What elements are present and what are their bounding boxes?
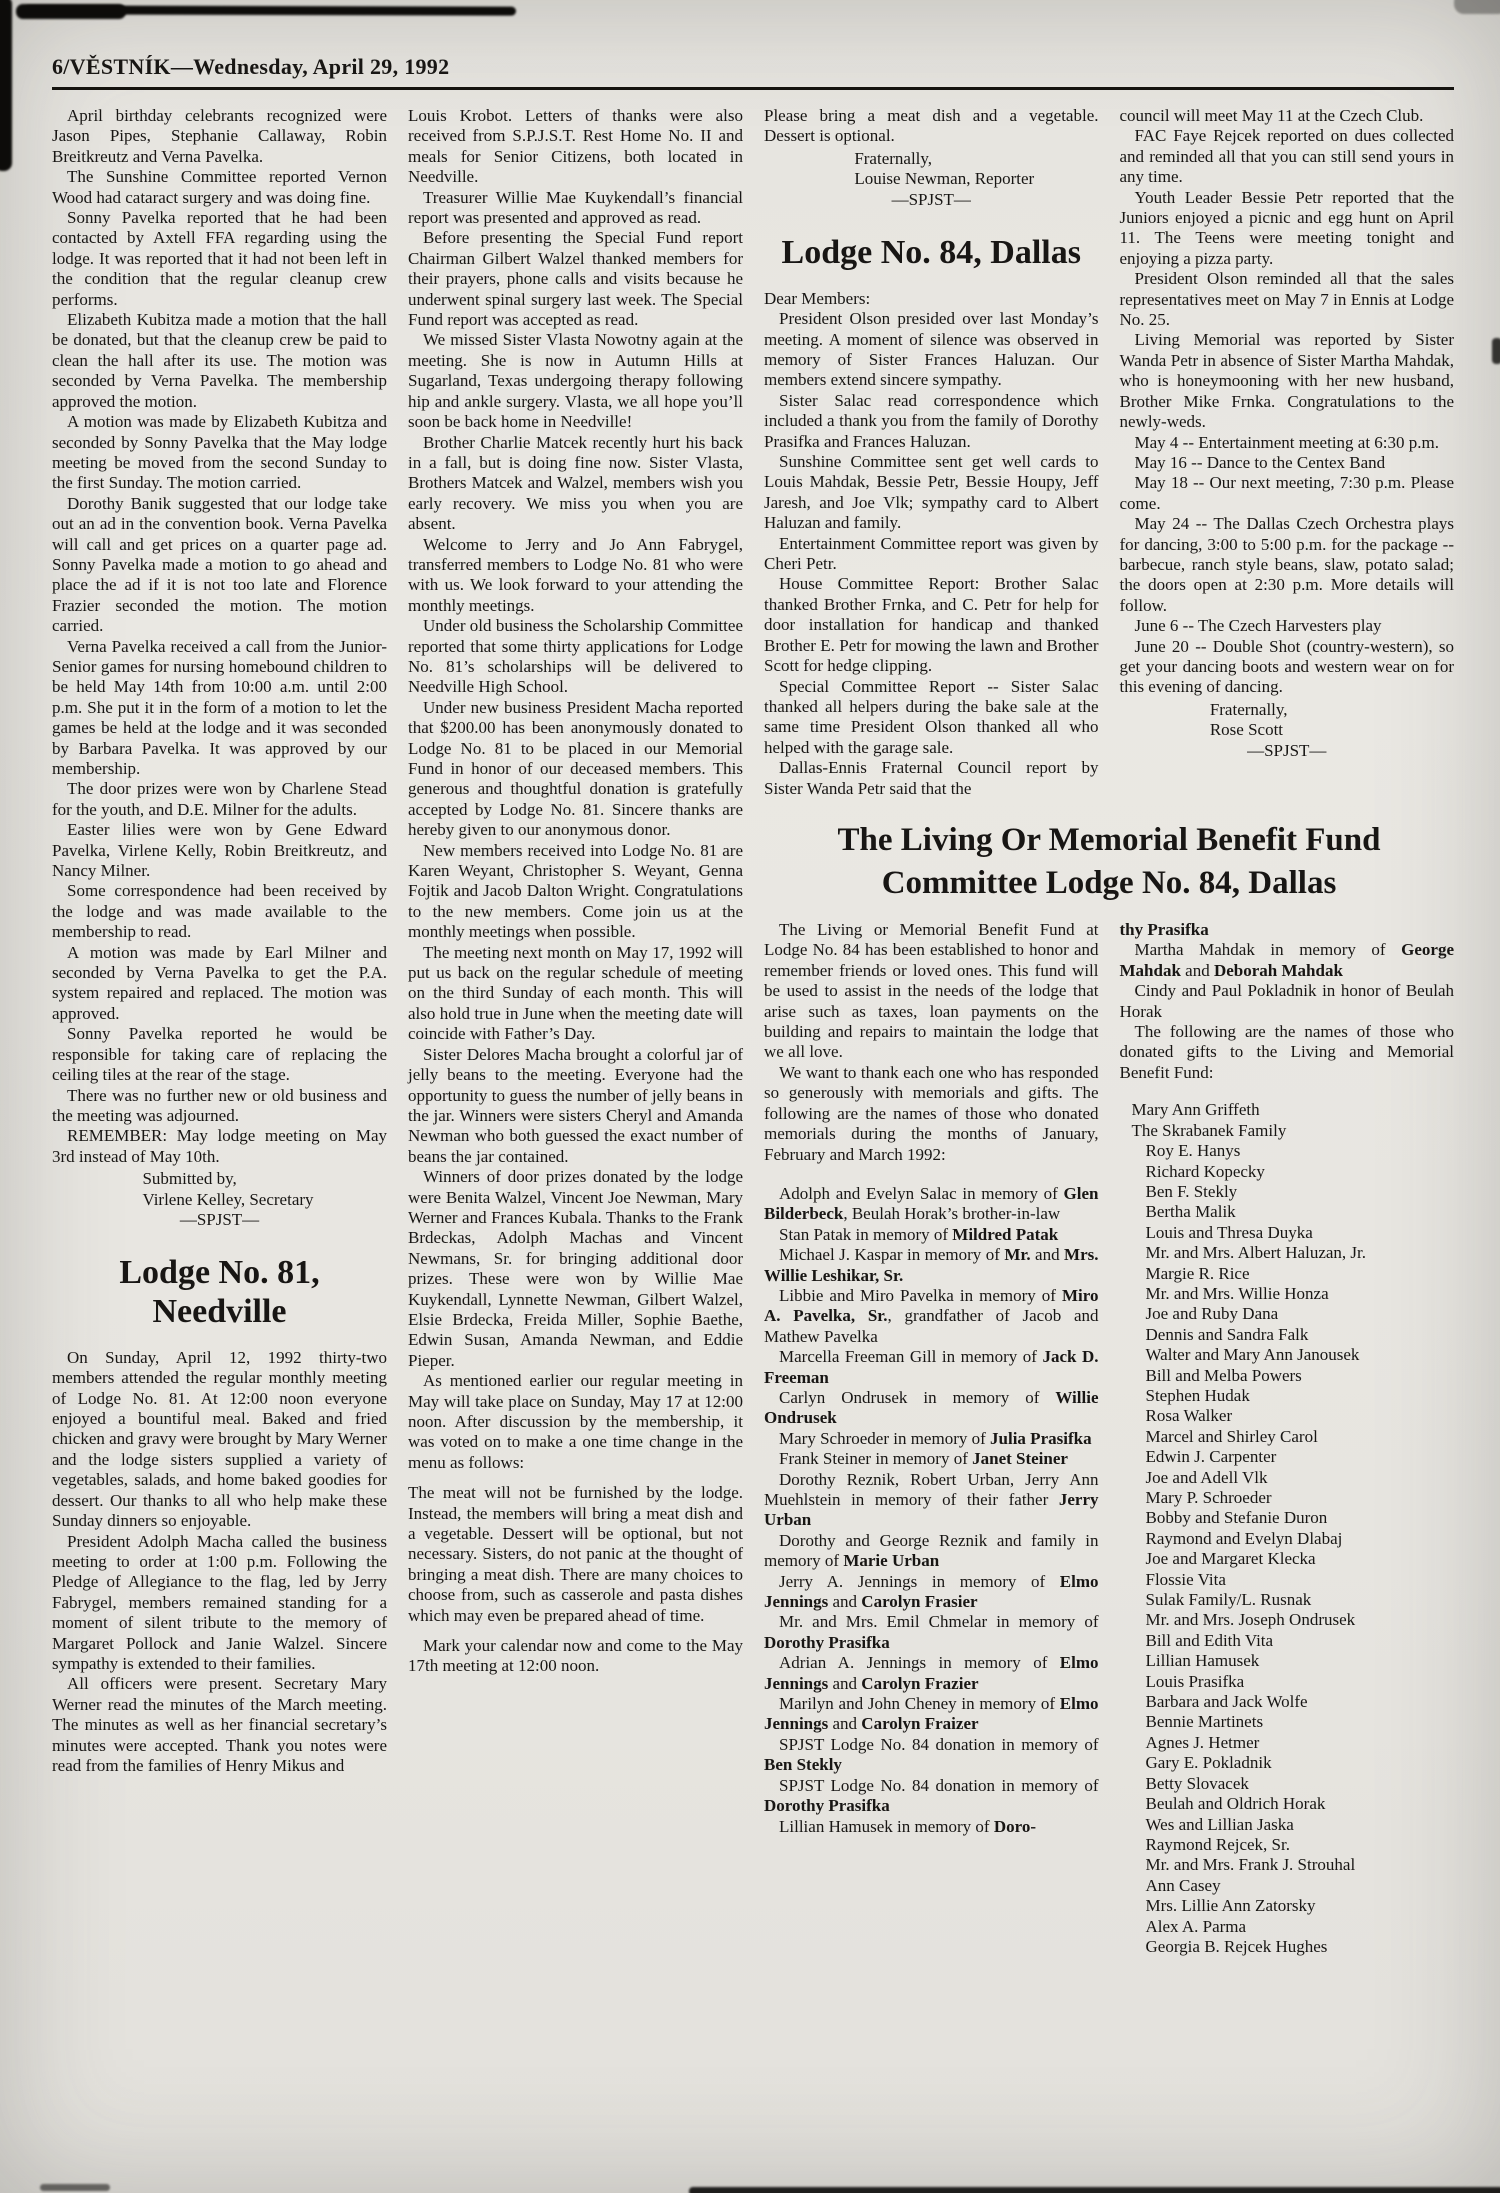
gift-donor-name: Georgia B. Rejcek Hughes: [1120, 1937, 1455, 1957]
memorial-donation-entry: Marilyn and John Cheney in memory of Elm…: [764, 1694, 1099, 1735]
gift-donor-name: Roy E. Hanys: [1120, 1141, 1455, 1161]
memorial-donation-entry: Jerry A. Jennings in memory of Elmo Jenn…: [764, 1572, 1099, 1613]
gift-donor-name: Agnes J. Hetmer: [1120, 1733, 1455, 1753]
gift-donor-name: Beulah and Oldrich Horak: [1120, 1794, 1455, 1814]
gift-donor-name: Joe and Ruby Dana: [1120, 1304, 1455, 1324]
page-content: 6/VĚSTNÍK—Wednesday, April 29, 1992 Apri…: [0, 0, 1500, 1957]
signoff-lodge84: Fraternally, Rose Scott —SPJST—: [1120, 700, 1455, 761]
gift-donor-name: Alex A. Parma: [1120, 1917, 1455, 1937]
paragraph: May 24 -- The Dallas Czech Orchestra pla…: [1120, 514, 1455, 616]
lodge84-headline: Lodge No. 84, Dallas: [770, 234, 1093, 273]
paragraph: REMEMBER: May lodge meeting on May 3rd i…: [52, 1126, 387, 1167]
lodge81-headline: Lodge No. 81, Needville: [58, 1254, 381, 1332]
paragraph: Brother Charlie Matcek recently hurt his…: [408, 433, 743, 535]
gift-donor-name: Richard Kopecky: [1120, 1162, 1455, 1182]
signoff-line: Fraternally,: [1120, 700, 1455, 720]
paragraph: President Olson reminded all that the sa…: [1120, 269, 1455, 330]
gift-donor-name: Mr. and Mrs. Joseph Ondrusek: [1120, 1610, 1455, 1630]
paragraph: Sonny Pavelka reported that he had been …: [52, 208, 387, 310]
gift-donor-name: The Skrabanek Family: [1120, 1121, 1455, 1141]
paragraph: The meat will not be furnished by the lo…: [408, 1483, 743, 1626]
benefit-fund-body: The Living or Memorial Benefit Fund at L…: [764, 920, 1454, 1957]
memorial-donation-entry: SPJST Lodge No. 84 donation in memory of…: [764, 1735, 1099, 1776]
memorial-donation-entry: Adrian A. Jennings in memory of Elmo Jen…: [764, 1653, 1099, 1694]
gift-donor-name: Rosa Walker: [1120, 1406, 1455, 1426]
signoff-line: Fraternally,: [764, 149, 1099, 169]
paragraph: Sister Delores Macha brought a colorful …: [408, 1045, 743, 1167]
memorial-donation-entry: Libbie and Miro Pavelka in memory of Mir…: [764, 1286, 1099, 1347]
paragraph: Welcome to Jerry and Jo Ann Fabrygel, tr…: [408, 535, 743, 617]
paragraph: A motion was made by Elizabeth Kubitza a…: [52, 412, 387, 494]
paragraph: As mentioned earlier our regular meeting…: [408, 1371, 743, 1473]
lodge81-report: On Sunday, April 12, 1992 thirty-two mem…: [52, 1348, 387, 1777]
gift-donor-name: Margie R. Rice: [1120, 1264, 1455, 1284]
memorial-donation-entry: Lillian Hamusek in memory of Doro-: [764, 1817, 1099, 1837]
gift-donor-name: Barbara and Jack Wolfe: [1120, 1692, 1455, 1712]
paragraph: The Living or Memorial Benefit Fund at L…: [764, 920, 1099, 1063]
benefit-fund-headline-line2: Committee Lodge No. 84, Dallas: [882, 865, 1337, 901]
gift-donor-name: Gary E. Pokladnik: [1120, 1753, 1455, 1773]
memorial-donation-entry: SPJST Lodge No. 84 donation in memory of…: [764, 1776, 1099, 1817]
paragraph: Louis Krobot. Letters of thanks were als…: [408, 106, 743, 188]
paragraph: All officers were present. Secretary Mar…: [52, 1674, 387, 1776]
paragraph: We want to thank each one who has respon…: [764, 1063, 1099, 1165]
scan-artifact-bottom-strip: [689, 2187, 1500, 2193]
paragraph: A motion was made by Earl Milner and sec…: [52, 943, 387, 1025]
paragraph: There was no further new or old business…: [52, 1086, 387, 1127]
newspaper-page: 6/VĚSTNÍK—Wednesday, April 29, 1992 Apri…: [0, 0, 1500, 2193]
memorial-donation-entry: Mary Schroeder in memory of Julia Prasif…: [764, 1429, 1099, 1449]
paragraph: Under old business the Scholarship Commi…: [408, 616, 743, 698]
gift-donor-name: Mr. and Mrs. Willie Honza: [1120, 1284, 1455, 1304]
paragraph: Mark your calendar now and come to the M…: [408, 1636, 743, 1677]
spjst-divider: —SPJST—: [1120, 741, 1455, 761]
paragraph: Before presenting the Special Fund repor…: [408, 228, 743, 330]
paragraph: Treasurer Willie Mae Kuykendall’s financ…: [408, 188, 743, 229]
benefit-fund-left-column: The Living or Memorial Benefit Fund at L…: [764, 920, 1099, 1837]
paragraph: council will meet May 11 at the Czech Cl…: [1120, 106, 1455, 126]
gift-donor-name: Walter and Mary Ann Janousek: [1120, 1345, 1455, 1365]
paragraph: Special Committee Report -- Sister Salac…: [764, 677, 1099, 759]
gift-donor-name: Raymond Rejcek, Sr.: [1120, 1835, 1455, 1855]
memorial-donation-entry: Mr. and Mrs. Emil Chmelar in memory of D…: [764, 1612, 1099, 1653]
lodge81-report-continued: Louis Krobot. Letters of thanks were als…: [408, 106, 743, 1473]
lodge84-salutation: Dear Members:: [764, 289, 1099, 309]
gift-donor-name: Mary P. Schroeder: [1120, 1488, 1455, 1508]
gift-donor-name: Edwin J. Carpenter: [1120, 1447, 1455, 1467]
memorial-donation-entry: Dorothy Reznik, Robert Urban, Jerry Ann …: [764, 1470, 1099, 1531]
spjst-divider: —SPJST—: [52, 1210, 387, 1230]
gift-donor-name: Joe and Margaret Klecka: [1120, 1549, 1455, 1569]
paragraph: On Sunday, April 12, 1992 thirty-two mem…: [52, 1348, 387, 1532]
gift-donor-name: Mary Ann Griffeth: [1120, 1100, 1455, 1120]
paragraph: New members received into Lodge No. 81 a…: [408, 841, 743, 943]
paragraph: President Adolph Macha called the busine…: [52, 1532, 387, 1675]
memorial-donation-entry: Adolph and Evelyn Salac in memory of Gle…: [764, 1184, 1099, 1225]
paragraph: Sonny Pavelka reported he would be respo…: [52, 1024, 387, 1085]
gift-donor-name: Flossie Vita: [1120, 1570, 1455, 1590]
masthead: 6/VĚSTNÍK—Wednesday, April 29, 1992: [52, 54, 1454, 90]
gift-donor-name: Louis Prasifka: [1120, 1672, 1455, 1692]
column-1: April birthday celebrants recognized wer…: [52, 106, 387, 1776]
paragraph: Sister Salac read correspondence which i…: [764, 391, 1099, 452]
gift-donor-name: Bill and Melba Powers: [1120, 1366, 1455, 1386]
gift-donor-name: Betty Slovacek: [1120, 1774, 1455, 1794]
memorial-donation-entry: Stan Patak in memory of Mildred Patak: [764, 1225, 1099, 1245]
lodge84-report-continued: council will meet May 11 at the Czech Cl…: [1120, 106, 1455, 698]
paragraph: Some correspondence had been received by…: [52, 881, 387, 942]
scan-artifact-bottom-left: [40, 2184, 110, 2191]
gift-donor-list: Mary Ann GriffethThe Skrabanek FamilyRoy…: [1120, 1100, 1455, 1957]
needville-report-continued: April birthday celebrants recognized wer…: [52, 106, 387, 1167]
right-top-row: Please bring a meat dish and a vegetable…: [764, 106, 1454, 799]
paragraph: Dallas-Ennis Fraternal Council report by…: [764, 758, 1099, 799]
signoff-line: Virlene Kelley, Secretary: [52, 1190, 387, 1210]
gift-donor-name: Ben F. Stekly: [1120, 1182, 1455, 1202]
lodge81-headline-line2: Needville: [152, 1293, 286, 1330]
paragraph: The door prizes were won by Charlene Ste…: [52, 779, 387, 820]
gift-donor-name: Mr. and Mrs. Albert Haluzan, Jr.: [1120, 1243, 1455, 1263]
paragraph: Youth Leader Bessie Petr reported that t…: [1120, 188, 1455, 270]
gift-donor-name: Stephen Hudak: [1120, 1386, 1455, 1406]
signoff-lodge81: Fraternally, Louise Newman, Reporter —SP…: [764, 149, 1099, 210]
memorial-donation-entry: Cindy and Paul Pokladnik in honor of Beu…: [1120, 981, 1455, 1022]
gift-donor-name: Joe and Adell Vlk: [1120, 1468, 1455, 1488]
column-4-top: council will meet May 11 at the Czech Cl…: [1120, 106, 1455, 764]
gift-donor-name: Bennie Martinets: [1120, 1712, 1455, 1732]
paragraph: The meeting next month on May 17, 1992 w…: [408, 943, 743, 1045]
benefit-fund-right-column: thy PrasifkaMartha Mahdak in memory of G…: [1120, 920, 1455, 1957]
gift-donor-name: Marcel and Shirley Carol: [1120, 1427, 1455, 1447]
paragraph: June 20 -- Double Shot (country-western)…: [1120, 637, 1455, 698]
paragraph: June 6 -- The Czech Harvesters play: [1120, 616, 1455, 636]
lodge81-headline-line1: Lodge No. 81,: [119, 1254, 319, 1291]
gift-donor-name: Bobby and Stefanie Duron: [1120, 1508, 1455, 1528]
gift-donor-name: Raymond and Evelyn Dlabaj: [1120, 1529, 1455, 1549]
memorial-donations-continued: thy PrasifkaMartha Mahdak in memory of G…: [1120, 920, 1455, 1083]
lodge84-report: President Olson presided over last Monda…: [764, 309, 1099, 799]
gift-donor-name: Wes and Lillian Jaska: [1120, 1815, 1455, 1835]
benefit-fund-intro: The Living or Memorial Benefit Fund at L…: [764, 920, 1099, 1165]
paragraph: May 4 -- Entertainment meeting at 6:30 p…: [1120, 433, 1455, 453]
spjst-divider: —SPJST—: [764, 190, 1099, 210]
memorial-donation-entry: Marcella Freeman Gill in memory of Jack …: [764, 1347, 1099, 1388]
paragraph: Elizabeth Kubitza made a motion that the…: [52, 310, 387, 412]
gift-donor-name: Bertha Malik: [1120, 1202, 1455, 1222]
paragraph: We missed Sister Vlasta Nowotny again at…: [408, 330, 743, 432]
gift-donor-name: Dennis and Sandra Falk: [1120, 1325, 1455, 1345]
memorial-donations-list: Adolph and Evelyn Salac in memory of Gle…: [764, 1184, 1099, 1837]
paragraph: House Committee Report: Brother Salac th…: [764, 574, 1099, 676]
paragraph: Living Memorial was reported by Sister W…: [1120, 330, 1455, 432]
paragraph: April birthday celebrants recognized wer…: [52, 106, 387, 167]
gift-donor-name: Ann Casey: [1120, 1876, 1455, 1896]
masthead-title: 6/VĚSTNÍK—Wednesday, April 29, 1992: [52, 54, 449, 79]
paragraph: Sunshine Committee sent get well cards t…: [764, 452, 1099, 534]
paragraph: Entertainment Committee report was given…: [764, 534, 1099, 575]
menu-continued: Please bring a meat dish and a vegetable…: [764, 106, 1099, 147]
signoff-line: Louise Newman, Reporter: [764, 169, 1099, 189]
gift-donor-name: Sulak Family/L. Rusnak: [1120, 1590, 1455, 1610]
memorial-donation-entry: Frank Steiner in memory of Janet Steiner: [764, 1449, 1099, 1469]
paragraph: President Olson presided over last Monda…: [764, 309, 1099, 391]
benefit-fund-headline: The Living Or Memorial Benefit Fund Comm…: [774, 819, 1444, 906]
menu-change-paragraphs: The meat will not be furnished by the lo…: [408, 1483, 743, 1677]
gift-donor-name: Lillian Hamusek: [1120, 1651, 1455, 1671]
paragraph: Winners of door prizes donated by the lo…: [408, 1167, 743, 1371]
paragraph: Under new business President Macha repor…: [408, 698, 743, 841]
gift-donor-name: Mr. and Mrs. Frank J. Strouhal: [1120, 1855, 1455, 1875]
memorial-donation-entry: Carlyn Ondrusek in memory of Willie Ondr…: [764, 1388, 1099, 1429]
paragraph: The Sunshine Committee reported Vernon W…: [52, 167, 387, 208]
column-3-top: Please bring a meat dish and a vegetable…: [764, 106, 1099, 799]
columns: April birthday celebrants recognized wer…: [52, 106, 1454, 1957]
memorial-donation-entry: Dorothy and George Reznik and family in …: [764, 1531, 1099, 1572]
gift-donor-name: Mrs. Lillie Ann Zatorsky: [1120, 1896, 1455, 1916]
column-2: Louis Krobot. Letters of thanks were als…: [408, 106, 743, 1677]
memorial-donation-entry: Martha Mahdak in memory of George Mahdak…: [1120, 940, 1455, 981]
paragraph: Please bring a meat dish and a vegetable…: [764, 106, 1099, 147]
memorial-donation-entry: thy Prasifka: [1120, 920, 1455, 940]
paragraph: Easter lilies were won by Gene Edward Pa…: [52, 820, 387, 881]
gift-donor-name: Louis and Thresa Duyka: [1120, 1223, 1455, 1243]
signoff-line: Rose Scott: [1120, 720, 1455, 740]
signoff-line: Submitted by,: [52, 1169, 387, 1189]
benefit-fund-headline-line1: The Living Or Memorial Benefit Fund: [838, 822, 1381, 858]
paragraph: May 18 -- Our next meeting, 7:30 p.m. Pl…: [1120, 473, 1455, 514]
memorial-donation-entry: The following are the names of those who…: [1120, 1022, 1455, 1083]
signoff-needville: Submitted by, Virlene Kelley, Secretary …: [52, 1169, 387, 1230]
paragraph: May 16 -- Dance to the Centex Band: [1120, 453, 1455, 473]
gift-donor-name: Bill and Edith Vita: [1120, 1631, 1455, 1651]
memorial-donation-entry: Michael J. Kaspar in memory of Mr. and M…: [764, 1245, 1099, 1286]
paragraph: Dorothy Banik suggested that our lodge t…: [52, 494, 387, 637]
right-half: Please bring a meat dish and a vegetable…: [764, 106, 1454, 1957]
paragraph: FAC Faye Rejcek reported on dues collect…: [1120, 126, 1455, 187]
paragraph: Verna Pavelka received a call from the J…: [52, 637, 387, 780]
